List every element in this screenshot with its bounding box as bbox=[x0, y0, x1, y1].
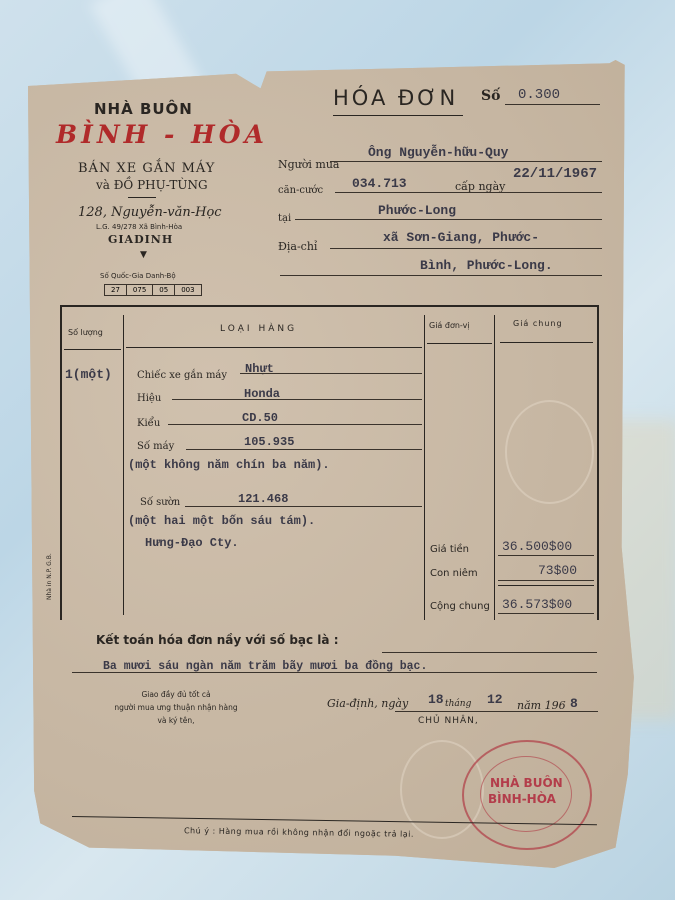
grand-total-label: Cộng chung bbox=[430, 601, 490, 612]
buyer-address-label: Địa-chỉ bbox=[278, 240, 317, 253]
item-quantity: 1(một) bbox=[65, 367, 112, 382]
delivery-note-line: Giao đầy đủ tốt cả bbox=[96, 688, 256, 701]
buyer-id-label: căn-cước bbox=[278, 185, 323, 196]
printer-credit: Nhà in N.P. G.B. bbox=[46, 553, 53, 600]
header-qty: Số lượng bbox=[68, 328, 103, 337]
buyer-name: Ông Nguyễn-hữu-Quy bbox=[368, 145, 508, 160]
row-rule bbox=[186, 449, 422, 450]
header-rule bbox=[126, 347, 422, 348]
item-value-engine: 105.935 bbox=[244, 435, 294, 449]
buyer-at-label: tại bbox=[278, 213, 291, 224]
row-rule bbox=[172, 399, 422, 400]
settlement-label: Kết toán hóa đơn nầy với số bạc là : bbox=[96, 633, 339, 647]
col-divider bbox=[424, 315, 425, 620]
stamp-line1: NHÀ BUÔN bbox=[490, 776, 563, 790]
buyer-address-rule2 bbox=[280, 275, 602, 276]
table-right-border bbox=[597, 305, 599, 620]
delivery-note: Giao đầy đủ tốt cả người mua ưng thuận n… bbox=[96, 688, 256, 727]
col-divider bbox=[123, 315, 124, 615]
buyer-at-rule bbox=[295, 219, 602, 220]
buyer-id-rule bbox=[335, 192, 602, 193]
stamp-line2: BÌNH-HÒA bbox=[488, 792, 556, 806]
subtotal-label: Giá tiền bbox=[430, 544, 469, 555]
item-label-type: Chiếc xe gắn máy bbox=[137, 370, 227, 381]
buyer-issued-date: 22/11/1967 bbox=[513, 166, 597, 182]
delivery-note-line: người mua ưng thuận nhận hàng bbox=[96, 701, 256, 714]
item-value-frame: 121.468 bbox=[238, 492, 288, 506]
registry-cell: 27 bbox=[105, 285, 127, 295]
owner-label: CHỦ NHÂN, bbox=[418, 716, 479, 726]
registry-label: Số Quốc-Gia Danh-Bộ bbox=[100, 272, 176, 280]
item-label-brand: Hiệu bbox=[137, 393, 161, 404]
merchant-address: 128, Nguyễn-văn-Học bbox=[78, 205, 222, 220]
date-rule bbox=[395, 711, 598, 712]
col-divider bbox=[494, 315, 495, 620]
supplier: Hưng-Đạo Cty. bbox=[145, 536, 239, 550]
buyer-address-rule1 bbox=[330, 248, 602, 249]
header-total: Giá chung bbox=[513, 319, 563, 328]
header-rule bbox=[64, 349, 121, 350]
subtotal-value: 36.500$00 bbox=[502, 539, 572, 554]
registry-cell: 075 bbox=[127, 285, 153, 295]
header-item: LOẠI HÀNG bbox=[220, 324, 297, 334]
merchant-line2: và ĐỒ PHỤ-TÙNG bbox=[96, 178, 208, 192]
invoice-number: 0.300 bbox=[518, 87, 560, 103]
engine-number-words: (một không năm chín ba năm). bbox=[128, 458, 330, 472]
stamp-fee-label: Con niêm bbox=[430, 568, 478, 579]
total-rule bbox=[498, 580, 594, 581]
item-label-engine: Số máy bbox=[137, 441, 174, 452]
registry-number: 27 075 05 003 bbox=[104, 284, 202, 296]
stamp-fee-value: 73$00 bbox=[538, 563, 577, 578]
row-rule bbox=[168, 424, 422, 425]
invoice-title: HÓA ĐƠN bbox=[333, 86, 458, 110]
frame-number-words: (một hai một bốn sáu tám). bbox=[128, 514, 315, 528]
delivery-note-line: và ký tên, bbox=[96, 714, 256, 727]
item-label-frame: Số sườn bbox=[140, 497, 180, 508]
total-double-rule bbox=[498, 585, 594, 586]
invoice-number-label: Số bbox=[481, 88, 500, 104]
title-underline bbox=[333, 115, 463, 116]
registry-cell: 05 bbox=[153, 285, 175, 295]
buyer-at: Phước-Long bbox=[378, 203, 456, 218]
triangle-down-icon: ▼ bbox=[140, 250, 147, 260]
buyer-address-line1: xã Sơn-Giang, Phước- bbox=[383, 230, 539, 245]
row-rule bbox=[240, 373, 422, 374]
divider bbox=[128, 197, 156, 198]
date-month-label: tháng bbox=[445, 699, 471, 709]
header-rule bbox=[500, 342, 593, 343]
total-rule bbox=[498, 555, 594, 556]
total-rule bbox=[498, 613, 594, 614]
embossed-seal bbox=[505, 400, 594, 504]
date-month: 12 bbox=[487, 692, 503, 707]
header-rule bbox=[427, 343, 492, 344]
merchant-label: NHÀ BUÔN bbox=[94, 100, 193, 118]
merchant-line1: BÁN XE GẮN MÁY bbox=[78, 161, 215, 176]
company-stamp: NHÀ BUÔN BÌNH-HÒA bbox=[462, 740, 592, 850]
buyer-name-rule bbox=[330, 161, 602, 162]
item-label-model: Kiểu bbox=[137, 418, 160, 429]
header-unit-price: Giá đơn-vị bbox=[429, 321, 470, 330]
grand-total-value: 36.573$00 bbox=[502, 597, 572, 612]
number-rule bbox=[505, 104, 600, 105]
table-top-border bbox=[60, 305, 598, 307]
date-place: Gia-định, ngày bbox=[327, 697, 408, 710]
table-left-border bbox=[60, 305, 62, 620]
date-day: 18 bbox=[428, 692, 444, 707]
buyer-address-line2: Bình, Phước-Long. bbox=[420, 258, 553, 273]
settlement-rule bbox=[382, 652, 597, 653]
registry-cell: 003 bbox=[175, 285, 200, 295]
row-rule bbox=[185, 506, 422, 507]
buyer-id: 034.713 bbox=[352, 176, 407, 191]
item-value-model: CD.50 bbox=[242, 411, 278, 425]
date-year-digit: 8 bbox=[570, 696, 578, 711]
merchant-name: BÌNH - HÒA bbox=[56, 120, 268, 149]
merchant-city: GIADINH bbox=[108, 233, 173, 246]
merchant-lg: L.G. 49/278 Xã Bình-Hòa bbox=[96, 223, 182, 231]
buyer-name-label: Người mua bbox=[278, 158, 339, 171]
settlement-words-rule bbox=[72, 672, 597, 673]
